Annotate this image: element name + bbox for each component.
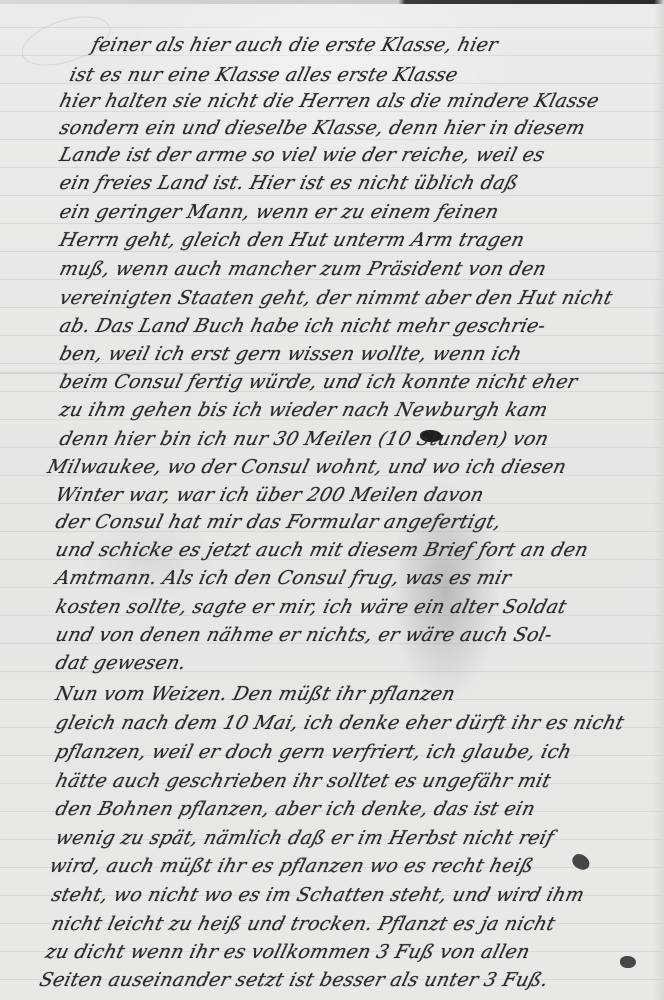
text-line: Nun vom Weizen. Den müßt ihr pflanzen	[53, 683, 457, 705]
text-line: hätte auch geschrieben ihr solltet es un…	[53, 770, 553, 792]
text-line: Lande ist der arme so viel wie der reich…	[57, 144, 547, 166]
text-line: dat gewesen.	[53, 652, 188, 674]
handwritten-text: feiner als hier auch die erste Klasse, h…	[0, 0, 664, 1000]
text-line: der Consul hat mir das Formular angefert…	[53, 511, 503, 533]
text-line: pflanzen, weil er doch gern verfriert, i…	[53, 741, 574, 763]
text-line: zu dicht wenn ihr es vollkommen 3 Fuß vo…	[43, 941, 532, 963]
text-line: feiner als hier auch die erste Klasse, h…	[89, 34, 500, 56]
text-line: ab. Das Land Buch habe ich nicht mehr ge…	[57, 315, 548, 337]
text-line: ein freies Land ist. Hier ist es nicht ü…	[57, 172, 520, 194]
text-line: denn hier bin ich nur 30 Meilen (10 Stun…	[57, 428, 551, 450]
letter-page: feiner als hier auch die erste Klasse, h…	[0, 0, 664, 1000]
text-line: Amtmann. Als ich den Consul frug, was es…	[53, 567, 513, 589]
text-line: beim Consul fertig würde, und ich konnte…	[57, 371, 580, 393]
text-line: den Bohnen pflanzen, aber ich denke, das…	[53, 798, 537, 820]
text-line: Herrn geht, gleich den Hut unterm Arm tr…	[57, 229, 527, 251]
text-line: wird, auch müßt ihr es pflanzen wo es re…	[47, 855, 536, 877]
text-line: muß, wenn auch mancher zum Präsident von…	[57, 258, 548, 280]
text-line: und von denen nähme er nichts, er wäre a…	[53, 624, 554, 646]
text-line: und schicke es jetzt auch mit diesem Bri…	[53, 539, 590, 561]
text-line: ein geringer Mann, wenn er zu einem fein…	[57, 201, 501, 223]
text-line: hier halten sie nicht die Herren als die…	[57, 90, 601, 112]
text-line: wenig zu spät, nämlich daß er im Herbst …	[53, 827, 556, 849]
text-line: Winter war, war ich über 200 Meilen davo…	[53, 484, 486, 506]
text-line: vereinigten Staaten geht, der nimmt aber…	[57, 287, 615, 309]
text-line: Seiten auseinander setzt ist besser als …	[37, 969, 550, 991]
text-line: gleich nach dem 10 Mai, ich denke eher d…	[53, 712, 626, 734]
text-line: Milwaukee, wo der Consul wohnt, und wo i…	[45, 456, 568, 478]
text-line: nicht leicht zu heiß und trocken. Pflanz…	[49, 913, 557, 935]
text-line: sondern ein und dieselbe Klasse, denn hi…	[57, 117, 587, 139]
text-line: kosten sollte, sagte er mir, ich wäre ei…	[53, 596, 569, 618]
text-line: ben, weil ich erst gern wissen wollte, w…	[57, 343, 524, 365]
text-line: steht, wo nicht wo es im Schatten steht,…	[49, 884, 586, 906]
text-line: ist es nur eine Klasse alles erste Klass…	[67, 64, 460, 86]
text-line: zu ihm gehen bis ich wieder nach Newburg…	[57, 399, 550, 421]
